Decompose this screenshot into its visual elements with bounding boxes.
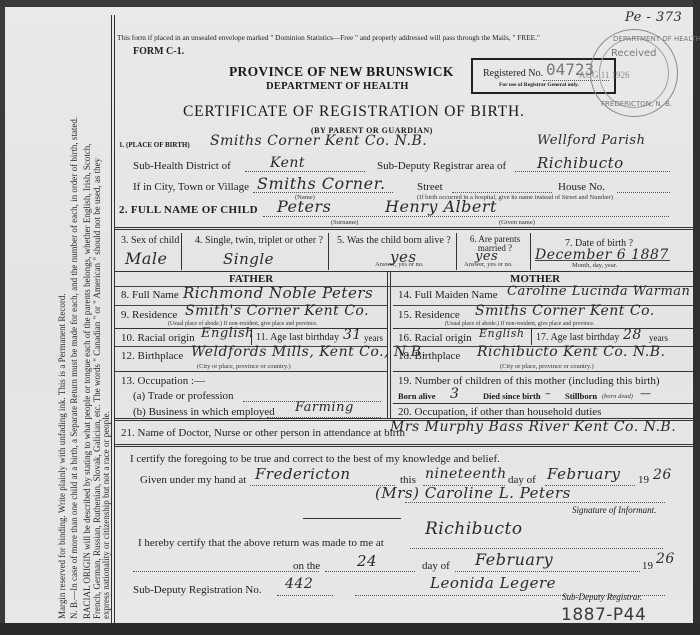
scan-frame-top: [0, 0, 700, 7]
city-town-village-label: If in City, Town or Village: [133, 181, 249, 193]
margin-instruction-5: express nationality or citizenship but n…: [101, 411, 111, 619]
mother-racial-origin-label: 16. Racial origin: [398, 332, 472, 344]
mother-birthplace-value: Richibucto Kent Co. N.B.: [477, 344, 665, 360]
mother-residence-value: Smiths Corner Kent Co.: [475, 303, 655, 319]
registrar-signature-caption: Sub-Deputy Registrar.: [562, 592, 642, 602]
child-given-name-value: Henry Albert: [385, 197, 497, 216]
died-since-birth-label: Died since birth: [483, 391, 541, 401]
father-occupation-label: 13. Occupation :—: [121, 375, 205, 387]
father-name-value: Richmond Noble Peters: [183, 284, 373, 302]
department-heading: DEPARTMENT OF HEALTH: [266, 81, 409, 92]
on-the-label: on the: [293, 560, 320, 572]
sub-deputy-area-label: Sub-Deputy Registrar area of: [377, 160, 506, 172]
father-birthplace-label: 12. Birthplace: [121, 350, 183, 362]
place-of-birth-value: Smiths Corner Kent Co. N.B.: [210, 133, 427, 149]
children-count-label: 19. Number of children of this mother (i…: [398, 375, 660, 387]
stillborn-label: Stillborn: [565, 391, 597, 401]
surname-caption: (Surname): [331, 219, 358, 226]
informant-signature-caption: Signature of Informant.: [572, 505, 656, 515]
trade-profession-label: (a) Trade or profession: [133, 390, 234, 402]
stamp-bottom-text: FREDERICTON, N. B.: [601, 100, 672, 108]
mother-residence-label: 15. Residence: [398, 309, 460, 321]
father-residence-label: 9. Residence: [121, 309, 177, 321]
informant-signature: (Mrs) Caroline L. Peters: [375, 484, 571, 502]
registrar-general-caption: For use of Registrar General only.: [499, 82, 579, 88]
child-surname-value: Peters: [277, 197, 331, 216]
certificate-title: CERTIFICATE OF REGISTRATION OF BIRTH.: [183, 103, 525, 121]
sex-label: 3. Sex of child: [121, 235, 179, 246]
city-town-village-value: Smiths Corner.: [257, 174, 386, 193]
house-no-label: House No.: [558, 181, 605, 193]
mother-occupation-label: 20. Occupation, if other than household …: [398, 406, 601, 418]
father-birthplace-caption: (City or place, province or country.): [197, 363, 291, 370]
registrar-month-value: February: [475, 550, 553, 569]
registrar-day-value: 24: [357, 552, 377, 570]
received-stamp: DEPARTMENT OF HEALTH Received FREDERICTO…: [590, 29, 678, 117]
binding-margin-rule: [111, 15, 115, 623]
plurality-value: Single: [223, 250, 274, 268]
given-day-value: nineteenth: [425, 466, 507, 482]
mother-racial-origin-value: English: [479, 327, 524, 340]
registrar-year-suffix: 26: [656, 551, 675, 567]
informant-certify-text: I certify the foregoing to be true and c…: [130, 453, 500, 465]
given-name-caption: (Given name): [499, 219, 535, 226]
child-name-label: 2. FULL NAME OF CHILD: [119, 204, 258, 216]
born-alive-caption: Answer, yes or no.: [375, 261, 424, 268]
certificate-page: Margin reserved for binding. Write plain…: [5, 7, 693, 623]
mother-birthplace-label: 18. Birthplace: [398, 350, 460, 362]
sub-deputy-area-value: Richibucto: [537, 154, 624, 172]
registrar-certify-label: I hereby certify that the above return w…: [138, 537, 384, 549]
registrar-signature: Leonida Legere: [430, 574, 556, 592]
stamp-top-text: DEPARTMENT OF HEALTH: [613, 35, 700, 43]
born-alive-count-value: 3: [450, 386, 459, 402]
stamp-received-text: Received: [611, 48, 657, 59]
stillborn-caption: (born dead): [602, 393, 633, 400]
registrar-year-prefix: 19: [642, 560, 653, 572]
business-employed-label: (b) Business in which employed: [133, 406, 275, 418]
place-of-birth-label: 1. (PLACE OF BIRTH): [119, 141, 190, 149]
father-racial-origin-label: 10. Racial origin: [121, 332, 195, 344]
registrar-day-of-label: day of: [422, 560, 450, 572]
mother-age-unit: years: [649, 333, 668, 343]
parish-value: Wellford Parish: [537, 133, 645, 148]
margin-instruction-1: Margin reserved for binding. Write plain…: [57, 293, 67, 619]
corner-file-note: Pe - 373: [625, 10, 682, 25]
postal-notice: This form if placed in an unsealed envel…: [117, 33, 540, 42]
mother-name-value: Caroline Lucinda Warman: [507, 284, 690, 299]
father-racial-origin-value: English: [201, 326, 254, 341]
form-number: FORM C-1.: [133, 46, 184, 57]
given-place-value: Fredericton: [255, 465, 351, 483]
registrar-place-value: Richibucto: [425, 519, 523, 539]
registered-no-label: Registered No.: [483, 68, 543, 79]
attendant-label: 21. Name of Doctor, Nurse or other perso…: [121, 427, 405, 439]
father-name-label: 8. Full Name: [121, 289, 179, 301]
sex-value: Male: [125, 249, 168, 268]
margin-instruction-3: RACIAL ORIGIN will be described by stati…: [82, 143, 92, 619]
sub-health-district-label: Sub-Health District of: [133, 160, 231, 172]
father-birthplace-value: Weldfords Mills, Kent Co., N.B.: [191, 344, 426, 360]
born-alive-question-label: 5. Was the child born alive ?: [337, 235, 451, 246]
mother-birthplace-caption: (City or place, province or country.): [500, 363, 594, 370]
born-alive-count-label: Born alive: [398, 391, 436, 401]
given-under-hand-label: Given under my hand at: [140, 474, 246, 486]
mother-age-label: 17. Age last birthday: [536, 332, 619, 343]
parents-married-caption: Answer, yes or no.: [464, 261, 513, 268]
bottom-file-note: 1887-P44: [561, 605, 646, 625]
margin-instruction-2: N. B.—In case of more than one child at …: [69, 117, 79, 619]
business-employed-value: Farming: [295, 400, 354, 415]
date-of-birth-caption: Month, day, year.: [572, 262, 617, 269]
father-age-unit: years: [364, 333, 383, 343]
plurality-label: 4. Single, twin, triplet or other ?: [195, 235, 323, 246]
mother-name-label: 14. Full Maiden Name: [398, 289, 498, 301]
father-age-label: 11. Age last birthday: [256, 332, 339, 343]
province-heading: PROVINCE OF NEW BRUNSWICK: [229, 64, 454, 80]
scan-frame-right: [693, 0, 700, 635]
died-since-birth-value: –: [545, 387, 551, 400]
attendant-value: Mrs Murphy Bass River Kent Co. N.B.: [390, 419, 676, 435]
given-month-value: February: [547, 465, 621, 483]
street-label: Street: [417, 181, 443, 193]
father-residence-value: Smith's Corner Kent Co.: [185, 303, 369, 319]
stillborn-value: —: [640, 387, 652, 400]
given-year-suffix: 26: [653, 467, 672, 483]
father-age-value: 31: [343, 327, 362, 343]
mother-age-value: 28: [623, 327, 642, 343]
given-year-prefix: 19: [638, 474, 649, 486]
sub-deputy-reg-no-label: Sub-Deputy Registration No.: [133, 584, 262, 596]
sub-health-district-value: Kent: [270, 155, 305, 171]
sub-deputy-reg-no-value: 442: [285, 576, 313, 592]
